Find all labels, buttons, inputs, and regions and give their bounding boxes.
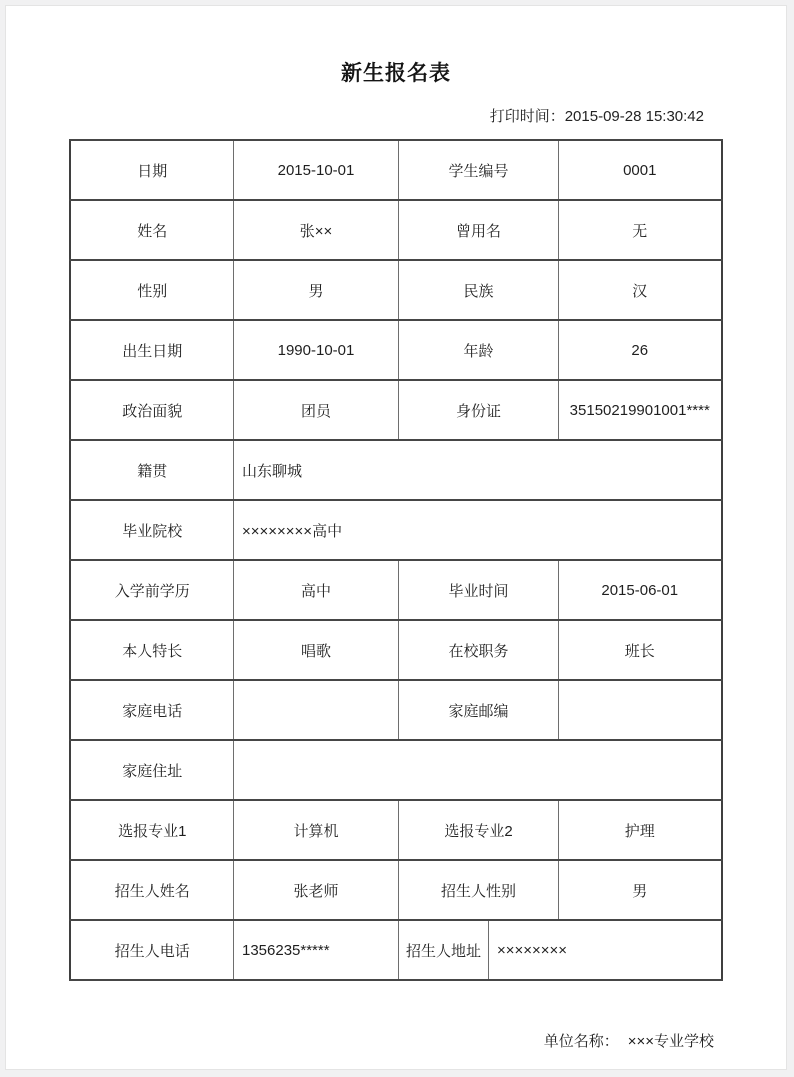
field-label: 毕业院校 [70, 500, 233, 560]
field-label: 出生日期 [70, 320, 233, 380]
field-label: 性别 [70, 260, 233, 320]
field-label: 选报专业1 [70, 800, 233, 860]
field-value: 男 [559, 860, 722, 920]
field-value: 2015-10-01 [233, 140, 398, 200]
field-label: 身份证 [398, 380, 558, 440]
field-value: 35150219901001**** [559, 380, 722, 440]
table-row: 出生日期1990-10-01年龄26 [70, 320, 721, 380]
field-label: 招生人性别 [398, 860, 558, 920]
field-label: 本人特长 [70, 620, 233, 680]
field-label: 选报专业2 [398, 800, 558, 860]
table-row: 毕业院校××××××××高中 [70, 500, 721, 560]
field-value: 班长 [559, 620, 722, 680]
field-label: 家庭电话 [70, 680, 233, 740]
field-value: 2015-06-01 [559, 560, 722, 620]
table-row: 姓名张××曾用名无 [70, 200, 721, 260]
page-title: 新生报名表 [6, 61, 786, 87]
field-value: 计算机 [233, 800, 398, 860]
field-value [559, 680, 722, 740]
field-value: ×××××××× [488, 920, 721, 980]
table-row: 招生人电话1356235*****招生人地址×××××××× [70, 920, 721, 980]
field-value: 高中 [233, 560, 398, 620]
form-table-body: 日期2015-10-01学生编号0001姓名张××曾用名无性别男民族汉出生日期1… [70, 140, 721, 980]
field-label: 招生人电话 [70, 920, 233, 980]
field-label: 姓名 [70, 200, 233, 260]
field-value: 护理 [559, 800, 722, 860]
form-page: 新生报名表 打印时间：2015-09-28 15:30:42 日期2015-10… [5, 5, 787, 1070]
field-label: 学生编号 [398, 140, 558, 200]
field-value: 0001 [559, 140, 722, 200]
field-value: 26 [559, 320, 722, 380]
registration-form-table: 日期2015-10-01学生编号0001姓名张××曾用名无性别男民族汉出生日期1… [69, 139, 722, 981]
field-label: 籍贯 [70, 440, 233, 500]
unit-name-value: ×××专业学校 [628, 1033, 714, 1050]
field-value: 唱歌 [233, 620, 398, 680]
field-label: 招生人地址 [398, 920, 488, 980]
field-value: 男 [233, 260, 398, 320]
field-label: 入学前学历 [70, 560, 233, 620]
field-value: 山东聊城 [233, 440, 721, 500]
table-row: 选报专业1计算机选报专业2护理 [70, 800, 721, 860]
table-row: 日期2015-10-01学生编号0001 [70, 140, 721, 200]
field-label: 在校职务 [398, 620, 558, 680]
unit-name-label: 单位名称： [544, 1033, 619, 1050]
field-label: 毕业时间 [398, 560, 558, 620]
table-row: 籍贯山东聊城 [70, 440, 721, 500]
table-row: 政治面貌团员身份证35150219901001**** [70, 380, 721, 440]
field-label: 民族 [398, 260, 558, 320]
table-row: 招生人姓名张老师招生人性别男 [70, 860, 721, 920]
field-value [233, 740, 721, 800]
table-row: 性别男民族汉 [70, 260, 721, 320]
field-label: 招生人姓名 [70, 860, 233, 920]
field-label: 家庭住址 [70, 740, 233, 800]
table-row: 入学前学历高中毕业时间2015-06-01 [70, 560, 721, 620]
field-value: 1990-10-01 [233, 320, 398, 380]
field-value: 团员 [233, 380, 398, 440]
field-value: 1356235***** [233, 920, 398, 980]
table-row: 本人特长唱歌在校职务班长 [70, 620, 721, 680]
field-value: 张老师 [233, 860, 398, 920]
field-value: 汉 [559, 260, 722, 320]
field-value: 张×× [233, 200, 398, 260]
field-label: 政治面貌 [70, 380, 233, 440]
table-row: 家庭电话家庭邮编 [70, 680, 721, 740]
field-label: 日期 [70, 140, 233, 200]
field-value [233, 680, 398, 740]
footer-line: 单位名称：×××专业学校 [6, 1032, 786, 1052]
field-label: 家庭邮编 [398, 680, 558, 740]
print-time-text: 打印时间：2015-09-28 15:30:42 [6, 108, 786, 126]
field-label: 年龄 [398, 320, 558, 380]
field-value: 无 [559, 200, 722, 260]
field-label: 曾用名 [398, 200, 558, 260]
field-value: ××××××××高中 [233, 500, 721, 560]
table-row: 家庭住址 [70, 740, 721, 800]
